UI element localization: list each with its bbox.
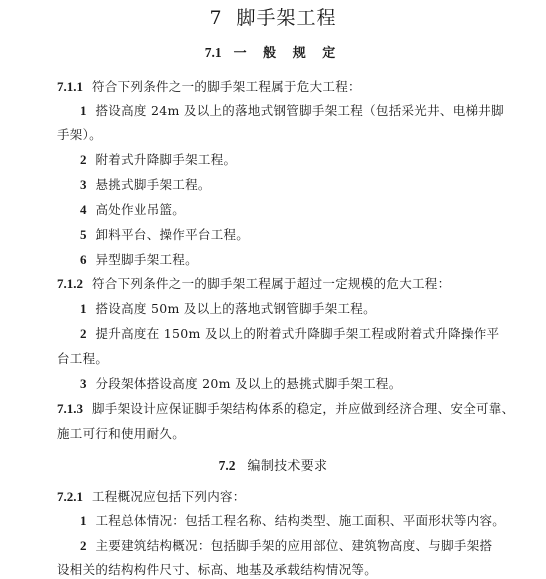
clause-number: 7.1.3	[57, 401, 83, 416]
item-number: 1	[80, 301, 87, 316]
section-title-7-2: 7.2编制技术要求	[0, 457, 546, 476]
list-item: 5卸料平台、操作平台工程。	[80, 226, 249, 244]
list-item: 2主要建筑结构概况：包括脚手架的应用部位、建筑物高度、与脚手架搭	[80, 537, 492, 555]
item-number: 1	[80, 513, 87, 528]
list-item: 2提升高度在 150m 及以上的附着式升降脚手架工程或附着式升降操作平	[80, 325, 499, 343]
item-number: 2	[80, 538, 87, 553]
chapter-title-text: 脚手架工程	[237, 7, 337, 29]
item-number: 3	[80, 376, 87, 391]
chapter-number: 7	[209, 7, 222, 29]
item-text: 附着式升降脚手架工程。	[96, 152, 237, 167]
item-number: 1	[80, 103, 87, 118]
list-item: 3悬挑式脚手架工程。	[80, 176, 211, 194]
clause-number: 7.1.2	[57, 276, 83, 291]
item-text: 分段架体搭设高度 20m 及以上的悬挑式脚手架工程。	[96, 376, 402, 391]
clause-text: 符合下列条件之一的脚手架工程属于危大工程：	[92, 79, 361, 94]
list-item: 1工程总体情况：包括工程名称、结构类型、施工面积、平面形状等内容。	[80, 512, 505, 530]
list-item-continuation: 设相关的结构构件尺寸、标高、地基及承载结构情况等。	[57, 561, 377, 579]
list-item: 3分段架体搭设高度 20m 及以上的悬挑式脚手架工程。	[80, 375, 402, 393]
list-item-continuation: 台工程。	[57, 350, 108, 368]
section-number: 7.1	[205, 45, 222, 60]
clause-text: 脚手架设计应保证脚手架结构体系的稳定，并应做到经济合理、安全可靠、	[92, 401, 514, 416]
item-text: 搭设高度 24m 及以上的落地式钢管脚手架工程（包括采光井、电梯井脚	[96, 103, 504, 118]
item-text: 提升高度在 150m 及以上的附着式升降脚手架工程或附着式升降操作平	[96, 326, 500, 341]
clause-number: 7.1.1	[57, 79, 83, 94]
clause-7-2-1: 7.2.1工程概况应包括下列内容：	[57, 488, 246, 506]
item-text: 手架）。	[57, 127, 102, 142]
item-text: 悬挑式脚手架工程。	[96, 177, 211, 192]
item-text: 搭设高度 50m 及以上的落地式钢管脚手架工程。	[96, 301, 376, 316]
item-number: 6	[80, 252, 87, 267]
item-text: 设相关的结构构件尺寸、标高、地基及承载结构情况等。	[57, 562, 377, 577]
list-item-continuation: 手架）。	[57, 126, 102, 144]
list-item: 2附着式升降脚手架工程。	[80, 151, 236, 169]
clause-7-1-3: 7.1.3脚手架设计应保证脚手架结构体系的稳定，并应做到经济合理、安全可靠、	[57, 400, 514, 418]
clause-continuation: 施工可行和使用耐久。	[57, 425, 185, 443]
clause-text: 符合下列条件之一的脚手架工程属于超过一定规模的危大工程：	[92, 276, 450, 291]
item-number: 3	[80, 177, 87, 192]
item-number: 2	[80, 152, 87, 167]
item-number: 5	[80, 227, 87, 242]
section-title-7-1: 7.1一 般 规 定	[0, 44, 546, 63]
list-item: 4高处作业吊篮。	[80, 201, 185, 219]
item-text: 主要建筑结构概况：包括脚手架的应用部位、建筑物高度、与脚手架搭	[96, 538, 493, 553]
section-number: 7.2	[219, 458, 236, 473]
section-title-text: 一 般 规 定	[234, 46, 342, 61]
section-title-text: 编制技术要求	[248, 459, 328, 474]
list-item: 6异型脚手架工程。	[80, 251, 198, 269]
item-number: 4	[80, 202, 87, 217]
clause-7-1-1: 7.1.1符合下列条件之一的脚手架工程属于危大工程：	[57, 78, 361, 96]
item-text: 台工程。	[57, 351, 108, 366]
item-text: 异型脚手架工程。	[96, 252, 198, 267]
item-text: 工程总体情况：包括工程名称、结构类型、施工面积、平面形状等内容。	[96, 513, 506, 528]
list-item: 1搭设高度 50m 及以上的落地式钢管脚手架工程。	[80, 300, 376, 318]
clause-number: 7.2.1	[57, 489, 83, 504]
item-text: 高处作业吊篮。	[96, 202, 186, 217]
clause-text: 工程概况应包括下列内容：	[92, 489, 246, 504]
document-page: 7脚手架工程 7.1一 般 规 定 7.1.1符合下列条件之一的脚手架工程属于危…	[0, 0, 546, 579]
clause-text: 施工可行和使用耐久。	[57, 426, 185, 441]
list-item: 1搭设高度 24m 及以上的落地式钢管脚手架工程（包括采光井、电梯井脚	[80, 102, 504, 120]
item-number: 2	[80, 326, 87, 341]
clause-7-1-2: 7.1.2符合下列条件之一的脚手架工程属于超过一定规模的危大工程：	[57, 275, 450, 293]
chapter-title: 7脚手架工程	[0, 4, 546, 32]
item-text: 卸料平台、操作平台工程。	[96, 227, 250, 242]
